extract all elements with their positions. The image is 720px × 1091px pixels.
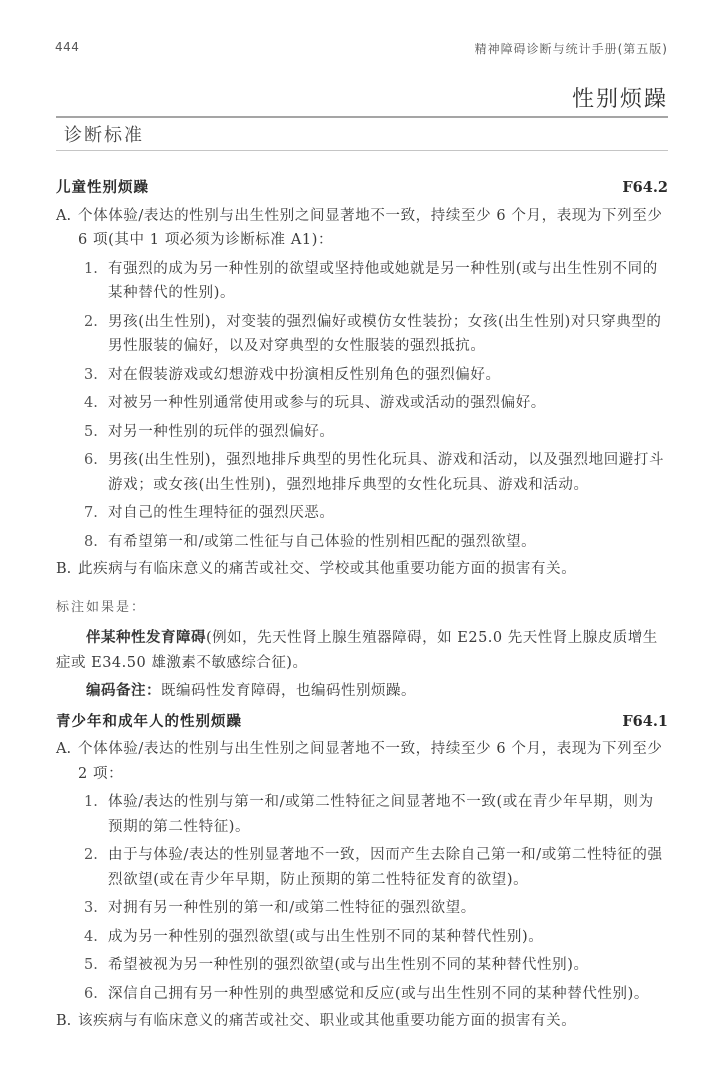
item-text: 对自己的性生理特征的强烈厌恶。 (108, 501, 668, 526)
item-text: 对被另一种性别通常使用或参与的玩具、游戏或活动的强烈偏好。 (108, 391, 668, 416)
divider (56, 116, 668, 118)
list-item: 5.对另一种性别的玩伴的强烈偏好。 (84, 420, 668, 445)
item-number: 7. (84, 501, 108, 526)
item-number: 4. (84, 925, 108, 950)
item-text: 对另一种性别的玩伴的强烈偏好。 (108, 420, 668, 445)
icd-code: F64.1 (622, 710, 668, 735)
item-number: 2. (84, 843, 108, 892)
item-text: 男孩(出生性别)，强烈地排斥典型的男性化玩具、游戏和活动，以及强烈地回避打斗游戏… (108, 448, 668, 497)
page-number: 444 (55, 40, 79, 54)
criterion-label: A. (56, 737, 78, 786)
criterion-a: A. 个体体验/表达的性别与出生性别之间显著地不一致，持续至少 6 个月，表现为… (56, 204, 668, 253)
adult-heading: 青少年和成年人的性别烦躁 F64.1 (56, 710, 668, 735)
item-text: 男孩(出生性别)，对变装的强烈偏好或模仿女性装扮；女孩(出生性别)对只穿典型的男… (108, 310, 668, 359)
item-number: 6. (84, 982, 108, 1007)
item-number: 1. (84, 257, 108, 306)
disorder-title: 青少年和成年人的性别烦躁 (56, 710, 242, 735)
criterion-text: 此疾病与有临床意义的痛苦或社交、学校或其他重要功能方面的损害有关。 (78, 557, 668, 582)
list-item: 5.希望被视为另一种性别的强烈欲望(或与出生性别不同的某种替代性别)。 (84, 953, 668, 978)
criterion-b: B. 此疾病与有临床意义的痛苦或社交、学校或其他重要功能方面的损害有关。 (56, 557, 668, 582)
criterion-text: 该疾病与有临床意义的痛苦或社交、职业或其他重要功能方面的损害有关。 (78, 1009, 668, 1034)
list-item: 2.由于与体验/表达的性别显著地不一致，因而产生去除自己第一和/或第二性特征的强… (84, 843, 668, 892)
coding-note: 编码备注：既编码性发育障碍，也编码性别烦躁。 (56, 679, 668, 704)
list-item: 4.成为另一种性别的强烈欲望(或与出生性别不同的某种替代性别)。 (84, 925, 668, 950)
list-item: 7.对自己的性生理特征的强烈厌恶。 (84, 501, 668, 526)
specifier-name: 伴某种性发育障碍 (86, 630, 206, 646)
list-item: 6.深信自己拥有另一种性别的典型感觉和反应(或与出生性别不同的某种替代性别)。 (84, 982, 668, 1007)
child-heading: 儿童性别烦躁 F64.2 (56, 176, 668, 201)
item-text: 体验/表达的性别与第一和/或第二性特征之间显著地不一致(或在青少年早期，则为预期… (108, 790, 668, 839)
book-title: 精神障碍诊断与统计手册(第五版) (475, 40, 668, 57)
criterion-label: B. (56, 1009, 78, 1034)
item-number: 2. (84, 310, 108, 359)
coding-note-text: 既编码性发育障碍，也编码性别烦躁。 (161, 683, 416, 699)
specify-if-label: 标注如果是： (56, 596, 668, 621)
list-item: 3.对在假装游戏或幻想游戏中扮演相反性别角色的强烈偏好。 (84, 363, 668, 388)
running-head: 444 精神障碍诊断与统计手册(第五版) (55, 40, 668, 60)
item-number: 4. (84, 391, 108, 416)
item-number: 6. (84, 448, 108, 497)
specifier: 伴某种性发育障碍(例如，先天性肾上腺生殖器障碍，如 E25.0 先天性肾上腺皮质… (56, 626, 668, 675)
list-item: 1.体验/表达的性别与第一和/或第二性特征之间显著地不一致(或在青少年早期，则为… (84, 790, 668, 839)
divider (56, 150, 668, 151)
list-item: 3.对拥有另一种性别的第一和/或第二性特征的强烈欲望。 (84, 896, 668, 921)
list-item: 6.男孩(出生性别)，强烈地排斥典型的男性化玩具、游戏和活动，以及强烈地回避打斗… (84, 448, 668, 497)
item-text: 有强烈的成为另一种性别的欲望或坚持他或她就是另一种性别(或与出生性别不同的某种替… (108, 257, 668, 306)
criterion-a: A. 个体体验/表达的性别与出生性别之间显著地不一致，持续至少 6 个月，表现为… (56, 737, 668, 786)
criterion-label: A. (56, 204, 78, 253)
item-number: 8. (84, 530, 108, 555)
list-item: 1.有强烈的成为另一种性别的欲望或坚持他或她就是另一种性别(或与出生性别不同的某… (84, 257, 668, 306)
list-item: 4.对被另一种性别通常使用或参与的玩具、游戏或活动的强烈偏好。 (84, 391, 668, 416)
criterion-label: B. (56, 557, 78, 582)
criterion-text: 个体体验/表达的性别与出生性别之间显著地不一致，持续至少 6 个月，表现为下列至… (78, 737, 668, 786)
criteria-content: 儿童性别烦躁 F64.2 A. 个体体验/表达的性别与出生性别之间显著地不一致，… (56, 176, 668, 1034)
icd-code: F64.2 (622, 176, 668, 201)
item-text: 深信自己拥有另一种性别的典型感觉和反应(或与出生性别不同的某种替代性别)。 (108, 982, 668, 1007)
book-page: 444 精神障碍诊断与统计手册(第五版) 性别烦躁 诊断标准 儿童性别烦躁 F6… (0, 0, 720, 1091)
list-item: 8.有希望第一和/或第二性征与自己体验的性别相匹配的强烈欲望。 (84, 530, 668, 555)
item-number: 1. (84, 790, 108, 839)
item-text: 由于与体验/表达的性别显著地不一致，因而产生去除自己第一和/或第二性特征的强烈欲… (108, 843, 668, 892)
item-text: 对在假装游戏或幻想游戏中扮演相反性别角色的强烈偏好。 (108, 363, 668, 388)
item-number: 3. (84, 363, 108, 388)
list-item: 2.男孩(出生性别)，对变装的强烈偏好或模仿女性装扮；女孩(出生性别)对只穿典型… (84, 310, 668, 359)
chapter-title: 性别烦躁 (572, 82, 668, 113)
item-number: 5. (84, 953, 108, 978)
criterion-text: 个体体验/表达的性别与出生性别之间显著地不一致，持续至少 6 个月，表现为下列至… (78, 204, 668, 253)
item-text: 对拥有另一种性别的第一和/或第二性特征的强烈欲望。 (108, 896, 668, 921)
criterion-b: B. 该疾病与有临床意义的痛苦或社交、职业或其他重要功能方面的损害有关。 (56, 1009, 668, 1034)
item-number: 5. (84, 420, 108, 445)
item-number: 3. (84, 896, 108, 921)
coding-note-label: 编码备注： (86, 683, 161, 699)
section-title: 诊断标准 (64, 121, 144, 147)
disorder-title: 儿童性别烦躁 (56, 176, 149, 201)
item-text: 成为另一种性别的强烈欲望(或与出生性别不同的某种替代性别)。 (108, 925, 668, 950)
item-text: 希望被视为另一种性别的强烈欲望(或与出生性别不同的某种替代性别)。 (108, 953, 668, 978)
item-text: 有希望第一和/或第二性征与自己体验的性别相匹配的强烈欲望。 (108, 530, 668, 555)
